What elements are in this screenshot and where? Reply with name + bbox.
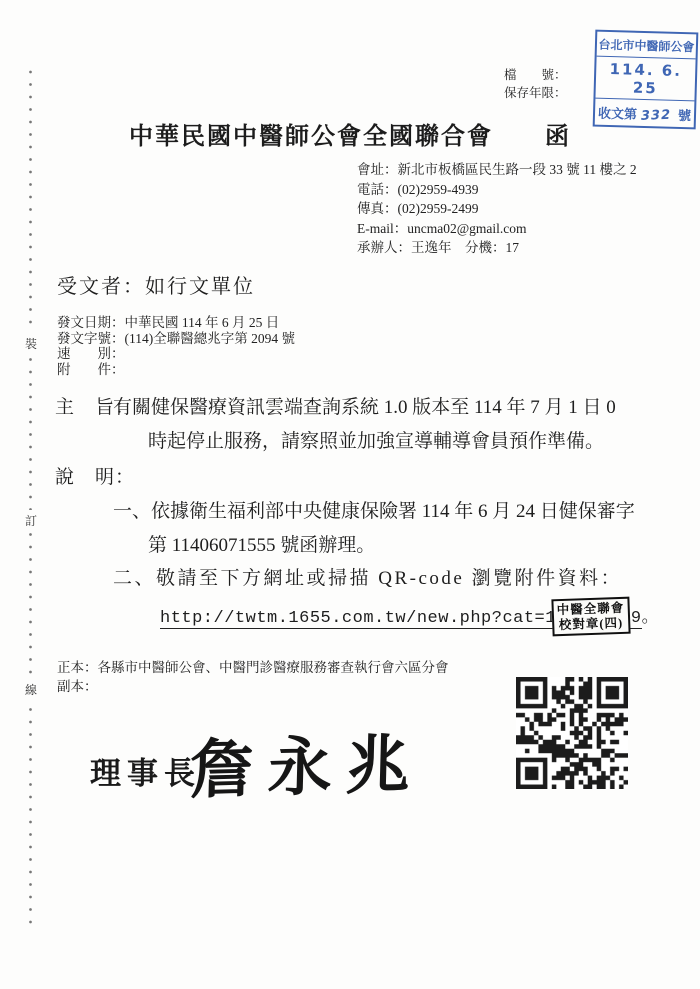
original-copy-line: 正本：各縣市中醫師公會、中醫門診醫療服務審查執行會六區分會 <box>57 658 449 677</box>
proof-stamp-line2: 校對章(四) <box>557 615 625 632</box>
margin-mark-zhuang: 裝 <box>22 333 40 354</box>
receipt-stamp: 台北市中醫師公會 114. 6. 25 收文第332 號 <box>593 30 699 130</box>
qr-code <box>516 677 628 789</box>
chairman-title: 理事長 <box>90 748 201 793</box>
binding-dotted-line <box>29 70 32 932</box>
file-number-block: 檔 號： 保存年限： <box>504 66 567 102</box>
document-title: 中華民國中醫師公會全國聯合會 函 <box>0 116 700 151</box>
sender-contact: 承辦人：王逸年 分機：17 <box>357 238 637 258</box>
copies-block: 正本：各縣市中醫師公會、中醫門診醫療服務審查執行會六區分會 副本： <box>57 658 449 696</box>
proof-stamp: 中醫全聯會 校對章(四) <box>551 597 630 637</box>
margin-mark-xian: 線 <box>22 679 40 700</box>
retention-label: 保存年限： <box>504 84 567 102</box>
doc-number-line: 發文字號：(114)全聯醫總兆字第 2094 號 <box>57 331 295 347</box>
url-period: 。 <box>642 607 659 626</box>
chairman-signature: 詹永兆 <box>189 713 425 811</box>
description-label: 說 明： <box>55 462 135 489</box>
issue-date-line: 發文日期：中華民國 114 年 6 月 25 日 <box>57 315 295 331</box>
scanned-letter-page: 裝 訂 線 檔 號： 保存年限： 台北市中醫師公會 114. 6. 25 收文第… <box>0 0 700 989</box>
cc-copy-line: 副本： <box>57 677 449 696</box>
speed-line: 速 別： <box>57 346 295 362</box>
description-item1-line2: 第 11406071555 號函辦理。 <box>148 530 375 557</box>
description-item1-line1: 一、依據衛生福利部中央健康保險署 114 年 6 月 24 日健保審字 <box>113 496 635 523</box>
description-item2: 二、敬請至下方網址或掃描 QR-code 瀏覽附件資料： <box>113 563 622 590</box>
sender-email: E-mail：uncma02@gmail.com <box>357 219 637 239</box>
sender-phone: 電話：(02)2959-4939 <box>357 180 637 200</box>
subject-text-line1: 有關健保醫療資訊雲端查詢系統 1.0 版本至 114 年 7 月 1 日 0 <box>113 392 616 419</box>
margin-mark-ding: 訂 <box>22 510 40 531</box>
file-no-label: 檔 號： <box>504 66 567 84</box>
sender-info-block: 會址：新北市板橋區民生路一段 33 號 11 樓之 2 電話：(02)2959-… <box>357 160 637 258</box>
receipt-stamp-org: 台北市中醫師公會 <box>597 32 697 60</box>
sender-fax: 傳真：(02)2959-2499 <box>357 199 637 219</box>
receipt-stamp-date: 114. 6. 25 <box>595 57 695 102</box>
document-meta-block: 發文日期：中華民國 114 年 6 月 25 日 發文字號：(114)全聯醫總兆… <box>57 315 295 377</box>
sender-address: 會址：新北市板橋區民生路一段 33 號 11 樓之 2 <box>357 160 637 180</box>
subject-text-line2: 時起停止服務，請察照並加強宣導輔導會員預作準備。 <box>148 426 604 453</box>
recipient-line: 受文者：如行文單位 <box>57 270 255 299</box>
attachment-line: 附 件： <box>57 362 295 378</box>
